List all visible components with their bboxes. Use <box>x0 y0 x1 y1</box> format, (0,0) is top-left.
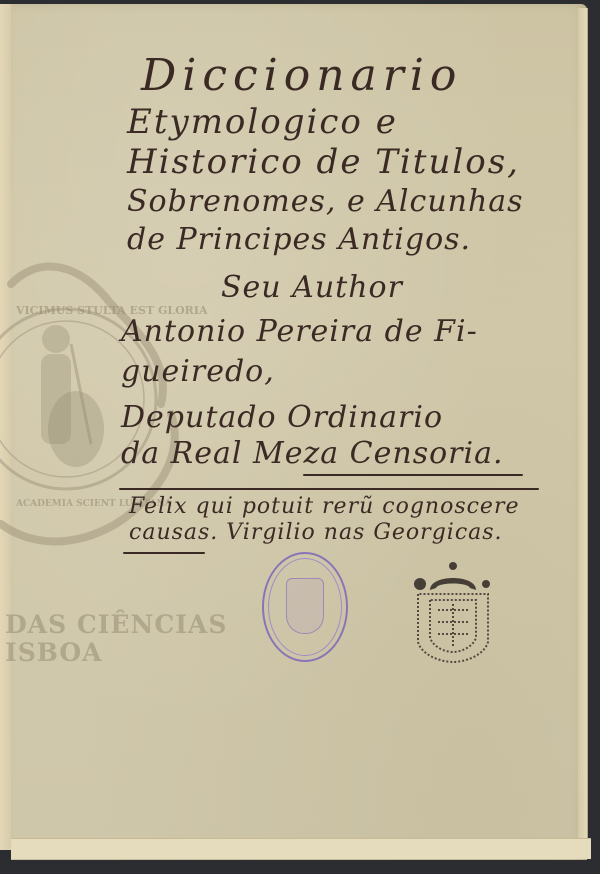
right-page-edge <box>578 8 588 854</box>
crown-shield-icon <box>286 578 324 634</box>
epigraph-line-1: Felix qui potuit rerũ cognoscere <box>129 494 520 519</box>
author-line-1: Antonio Pereira de Fi- <box>121 314 478 349</box>
royal-crest-stamp <box>412 560 494 660</box>
watermark-line-1: DAS CIÊNCIAS <box>5 610 227 639</box>
library-oval-stamp <box>262 552 348 662</box>
crown-crest-icon <box>412 560 494 664</box>
title-line-1: Diccionario <box>141 50 462 101</box>
author-line-3: Deputado Ordinario <box>121 400 443 435</box>
divider-rule <box>123 552 205 554</box>
bottom-page-edge <box>11 838 591 859</box>
title-line-5: de Principes Antigos. <box>127 222 471 257</box>
title-line-3: Historico de Titulos, <box>127 142 520 182</box>
manuscript-page: VICIMUS STULTA EST GLORIA ACADEMIA SCIEN… <box>11 4 587 860</box>
divider-rule <box>303 474 523 476</box>
title-line-2: Etymologico e <box>127 102 398 142</box>
watermark-line-2: ISBOA <box>5 638 103 667</box>
author-line-4: da Real Meza Censoria. <box>121 436 504 471</box>
author-line-2: gueiredo, <box>121 354 275 389</box>
epigraph-line-2: causas. Virgilio nas Georgicas. <box>129 520 503 545</box>
author-intro: Seu Author <box>221 270 403 305</box>
divider-rule <box>119 488 539 490</box>
title-line-4: Sobrenomes, e Alcunhas <box>127 184 524 219</box>
